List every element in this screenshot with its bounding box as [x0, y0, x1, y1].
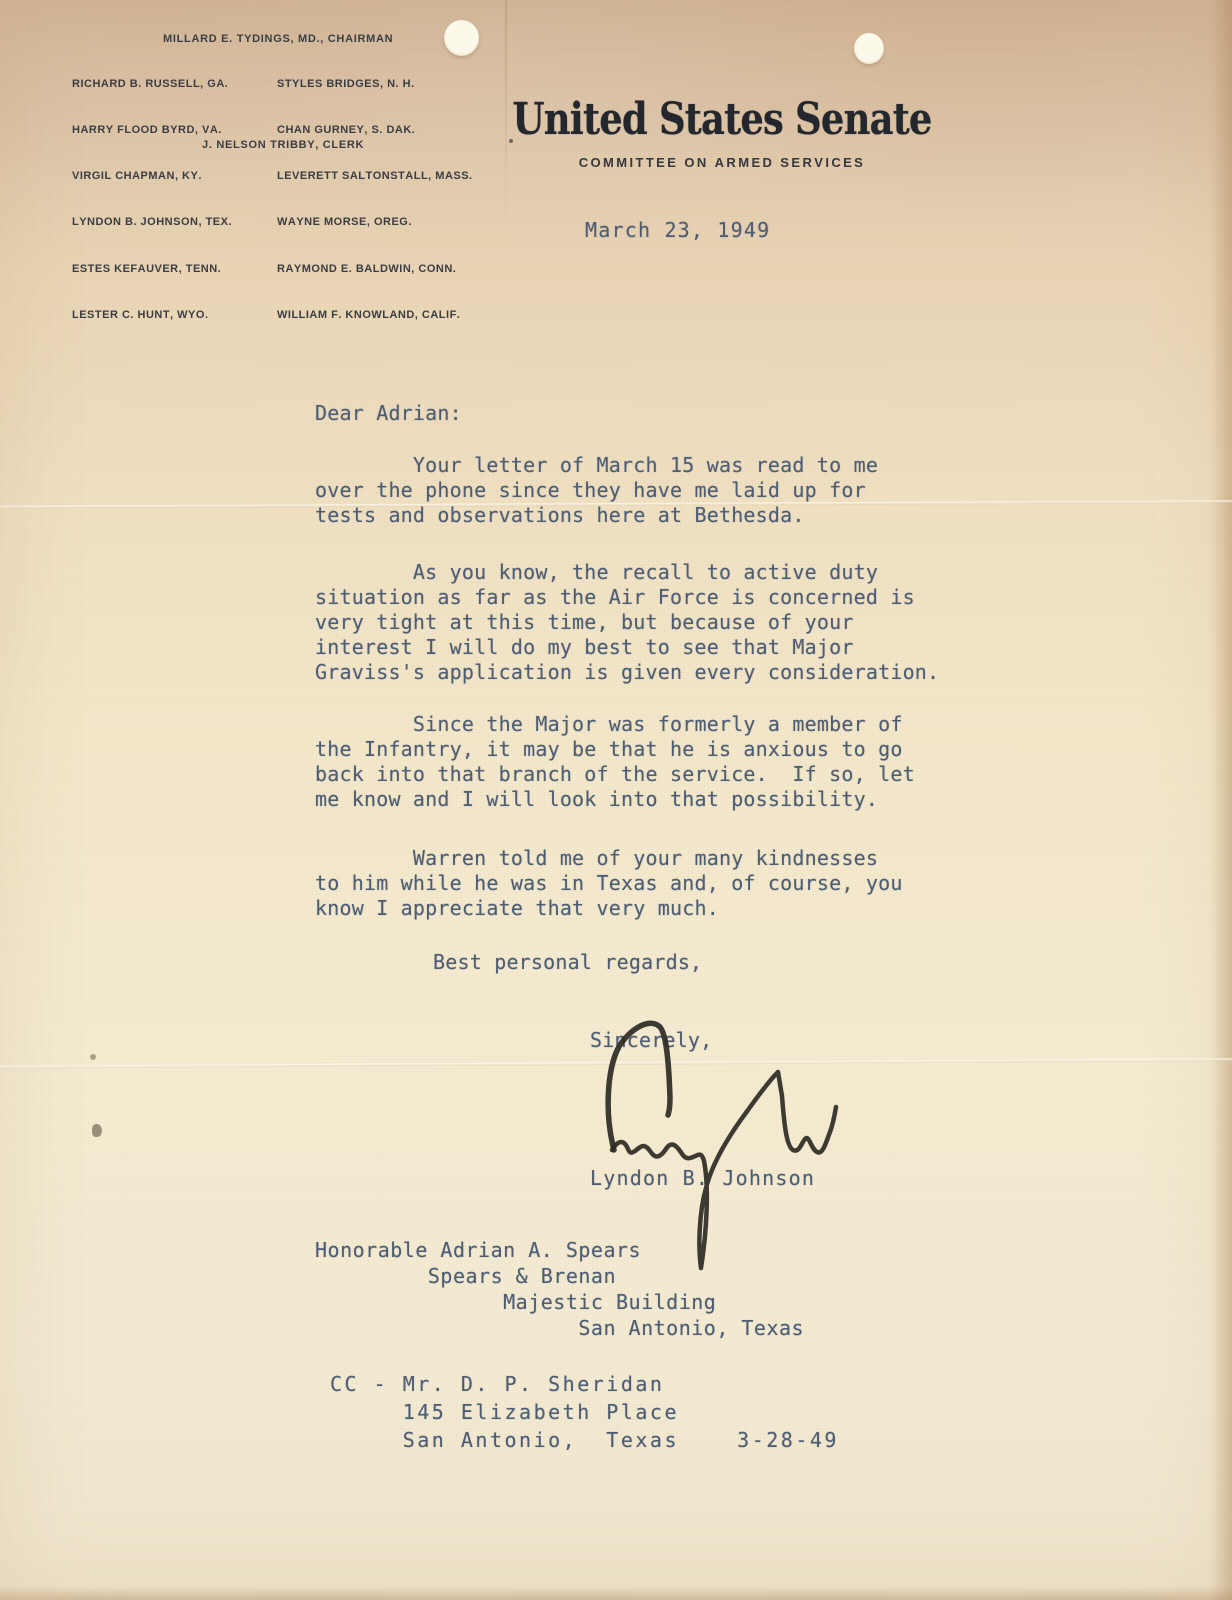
member-name: CHAN GURNEY, S. DAK. [277, 123, 473, 138]
cc-block: CC - Mr. D. P. Sheridan 145 Elizabeth Pl… [330, 1370, 839, 1454]
member-name: LEVERETT SALTONSTALL, MASS. [277, 169, 473, 184]
signature-scrawl-stroke [612, 1072, 836, 1268]
member-name: RICHARD B. RUSSELL, GA. [72, 77, 232, 92]
member-name: STYLES BRIDGES, N. H. [277, 77, 473, 92]
salutation: Dear Adrian: [315, 401, 462, 426]
handwritten-signature [560, 1000, 900, 1300]
closing-line: Best personal regards, [433, 950, 702, 975]
member-name: LYNDON B. JOHNSON, TEX. [72, 215, 232, 230]
vertical-crease [505, 0, 507, 235]
body-paragraph: Warren told me of your many kindnesses t… [315, 846, 903, 921]
letter-date: March 23, 1949 [585, 218, 770, 243]
paper-stain [92, 1124, 102, 1137]
member-name: LESTER C. HUNT, WYO. [72, 308, 232, 323]
member-name: WILLIAM F. KNOWLAND, CALIF. [277, 308, 473, 323]
member-name: RAYMOND E. BALDWIN, CONN. [277, 262, 473, 277]
committee-subtitle: COMMITTEE ON ARMED SERVICES [472, 155, 972, 170]
member-name: VIRGIL CHAPMAN, KY. [72, 169, 232, 184]
scanned-letter-page: MILLARD E. TYDINGS, MD., CHAIRMAN RICHAR… [0, 0, 1232, 1600]
body-paragraph: Since the Major was formerly a member of… [315, 712, 915, 812]
letterhead-clerk: J. NELSON TRIBBY, CLERK [202, 139, 364, 151]
member-name: WAYNE MORSE, OREG. [277, 215, 473, 230]
letterhead-chairman: MILLARD E. TYDINGS, MD., CHAIRMAN [163, 33, 393, 45]
member-name: ESTES KEFAUVER, TENN. [72, 262, 232, 277]
letterhead-members-right: STYLES BRIDGES, N. H. CHAN GURNEY, S. DA… [277, 46, 473, 354]
punch-hole-right [854, 33, 884, 64]
senate-masthead-title: United States Senate [512, 94, 932, 145]
signature-loop-stroke [608, 1023, 670, 1150]
member-name: HARRY FLOOD BYRD, VA. [72, 123, 232, 138]
body-paragraph: As you know, the recall to active duty s… [315, 560, 939, 685]
paper-stain [90, 1054, 96, 1060]
body-paragraph: Your letter of March 15 was read to me o… [315, 453, 878, 528]
letterhead-members-left: RICHARD B. RUSSELL, GA. HARRY FLOOD BYRD… [72, 46, 232, 354]
